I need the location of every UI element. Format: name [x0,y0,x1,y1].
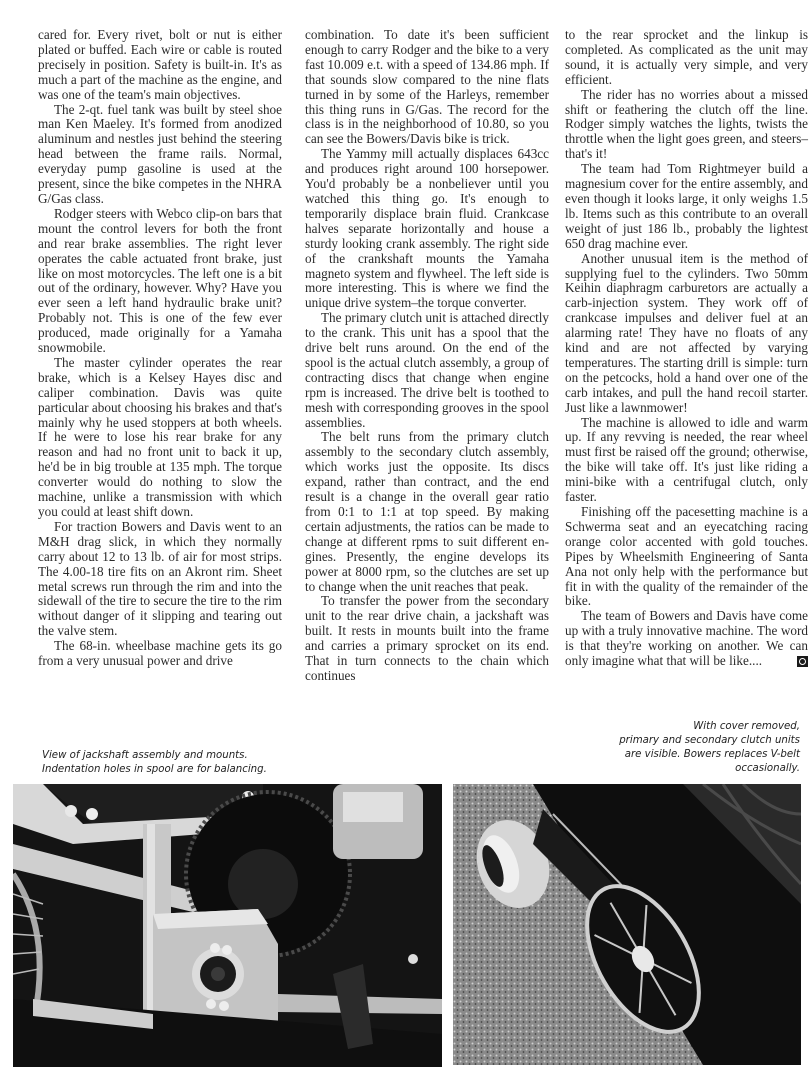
paragraph: The team had Tom Rightmeyer build a magn… [565,162,808,251]
caption-line: are visible. Bowers replaces V-belt [560,748,800,762]
paragraph: The primary clutch unit is attached dire… [305,311,549,430]
paragraph: Another unusual item is the method of su… [565,252,808,416]
paragraph: The Yammy mill actually displaces 643cc … [305,147,549,311]
caption-line: View of jackshaft assembly and mounts. [42,749,292,763]
caption-line: primary and secondary clutch units [560,734,800,748]
article-column-2: combination. To date it's been suffi­cie… [305,28,549,684]
paragraph: The belt runs from the primary clutch as… [305,430,549,594]
photo-caption-left: View of jackshaft assembly and mounts. I… [42,749,292,777]
paragraph: The rider has no worries about a missed … [565,88,808,163]
caption-line: Indentation holes in spool are for balan… [42,763,292,777]
clutch-photo-illustration [453,784,801,1065]
paragraph: Rodger steers with Webco clip-on bars th… [38,207,282,356]
jackshaft-photo-illustration [13,784,442,1067]
paragraph: To transfer the power from the secondary… [305,594,549,683]
paragraph: to the rear sprocket and the linkup is c… [565,28,808,88]
paragraph: The master cylinder operates the rear br… [38,356,282,520]
paragraph: The machine is allowed to idle and warm … [565,416,808,505]
paragraph: cared for. Every rivet, bolt or nut is e… [38,28,282,103]
paragraph-last: The team of Bowers and Davis have come u… [565,609,808,669]
article-column-1: cared for. Every rivet, bolt or nut is e… [38,28,282,669]
caption-line: With cover removed, [560,720,800,734]
paragraph-text: The team of Bowers and Davis have come u… [565,608,808,668]
end-of-article-icon [797,656,808,667]
photo-clutch-units [453,784,801,1065]
paragraph: The 2-qt. fuel tank was built by steel s… [38,103,282,207]
article-column-3: to the rear sprocket and the linkup is c… [565,28,808,669]
photo-caption-right: With cover removed, primary and secondar… [560,720,800,776]
caption-line: occasionally. [560,762,800,776]
paragraph: Finishing off the pacesetting machine is… [565,505,808,609]
paragraph: combination. To date it's been suffi­cie… [305,28,549,147]
paragraph: For traction Bowers and Davis went to an… [38,520,282,639]
paragraph: The 68-in. wheelbase machine gets its go… [38,639,282,669]
photo-jackshaft-assembly [13,784,442,1067]
